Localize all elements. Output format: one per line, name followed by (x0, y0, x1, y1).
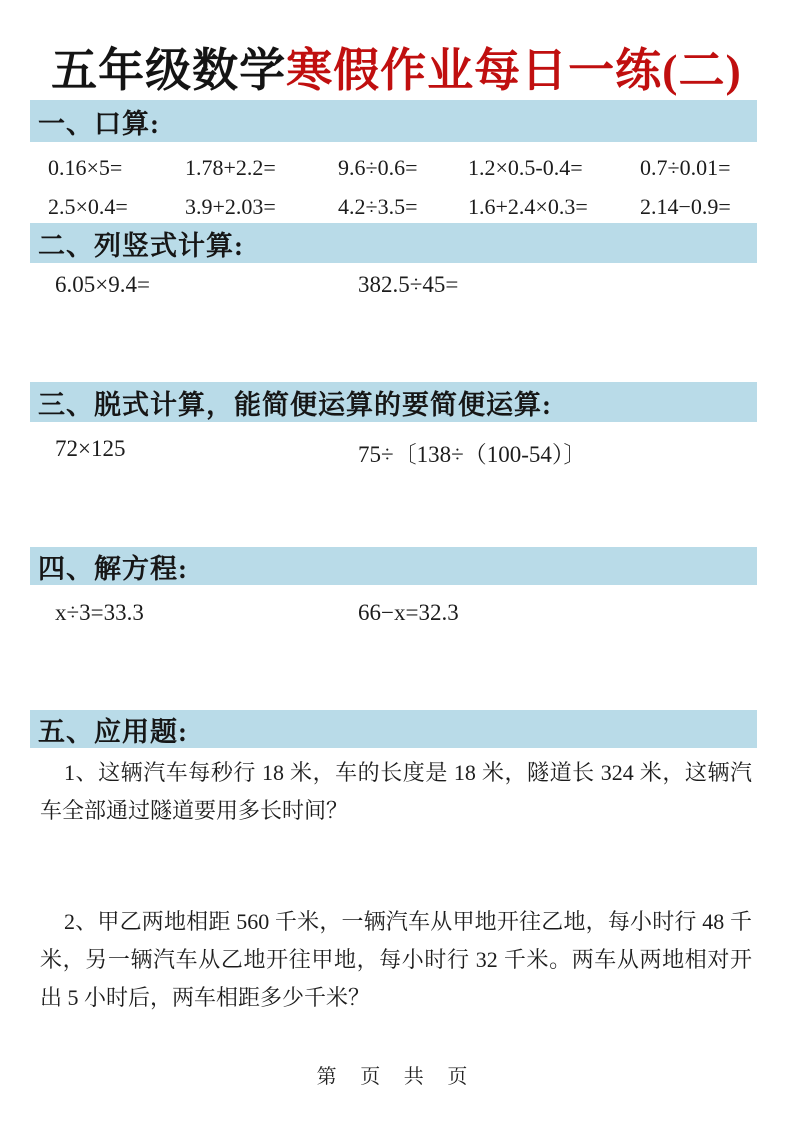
oral-problem: 1.2×0.5-0.4= (468, 155, 640, 181)
worksheet-page: 五年级数学寒假作业每日一练(二) 一、口算: 0.16×5= 1.78+2.2=… (0, 0, 793, 1122)
section-heading-word: 五、应用题: (30, 710, 757, 748)
page-title-subject: 寒假作业每日一练(二) (286, 45, 742, 96)
oral-problem: 3.9+2.03= (185, 194, 338, 220)
section-heading-oral: 一、口算: (30, 100, 757, 142)
section-heading-oral-label: 一、口算: (38, 102, 160, 141)
stepwise-problems-row: 72×125 75÷〔138÷（100-54）〕 (0, 436, 793, 469)
equation-problem: x÷3=33.3 (55, 600, 358, 626)
word-problem-2: 2、甲乙两地相距 560 千米，一辆汽车从甲地开往乙地，每小时行 48 千米，另… (40, 903, 752, 1017)
page-title: 五年级数学寒假作业每日一练(二) (0, 34, 793, 100)
section-heading-stepwise-label: 三、脱式计算，能简便运算的要简便运算: (38, 383, 552, 422)
equation-problems-row: x÷3=33.3 66−x=32.3 (0, 600, 793, 626)
equation-problem: 66−x=32.3 (358, 600, 793, 626)
oral-problems-row-2: 2.5×0.4= 3.9+2.03= 4.2÷3.5= 1.6+2.4×0.3=… (0, 194, 793, 220)
oral-problem: 1.6+2.4×0.3= (468, 194, 640, 220)
stepwise-problem: 75÷〔138÷（100-54）〕 (358, 436, 793, 469)
oral-problems-row-1: 0.16×5= 1.78+2.2= 9.6÷0.6= 1.2×0.5-0.4= … (0, 155, 793, 181)
oral-problem: 9.6÷0.6= (338, 155, 468, 181)
oral-problem: 2.14−0.9= (640, 194, 773, 220)
page-number-footer: 第 页 共 页 (0, 1060, 793, 1089)
vertical-problem: 6.05×9.4= (55, 272, 358, 298)
page-title-grade: 五年级数学 (51, 45, 286, 96)
vertical-problem: 382.5÷45= (358, 272, 793, 298)
oral-problem: 1.78+2.2= (185, 155, 338, 181)
section-heading-stepwise: 三、脱式计算，能简便运算的要简便运算: (30, 382, 757, 422)
oral-problem: 2.5×0.4= (48, 194, 185, 220)
oral-problem: 0.16×5= (48, 155, 185, 181)
oral-problem: 0.7÷0.01= (640, 155, 773, 181)
section-heading-vertical: 二、列竖式计算: (30, 223, 757, 263)
vertical-problems-row: 6.05×9.4= 382.5÷45= (0, 272, 793, 298)
section-heading-word-label: 五、应用题: (38, 710, 188, 749)
stepwise-problem: 72×125 (55, 436, 358, 469)
section-heading-equations-label: 四、解方程: (38, 547, 188, 586)
oral-problem: 4.2÷3.5= (338, 194, 468, 220)
word-problem-1: 1、这辆汽车每秒行 18 米，车的长度是 18 米，隧道长 324 米，这辆汽车… (40, 754, 752, 830)
section-heading-vertical-label: 二、列竖式计算: (38, 224, 244, 263)
section-heading-equations: 四、解方程: (30, 547, 757, 585)
